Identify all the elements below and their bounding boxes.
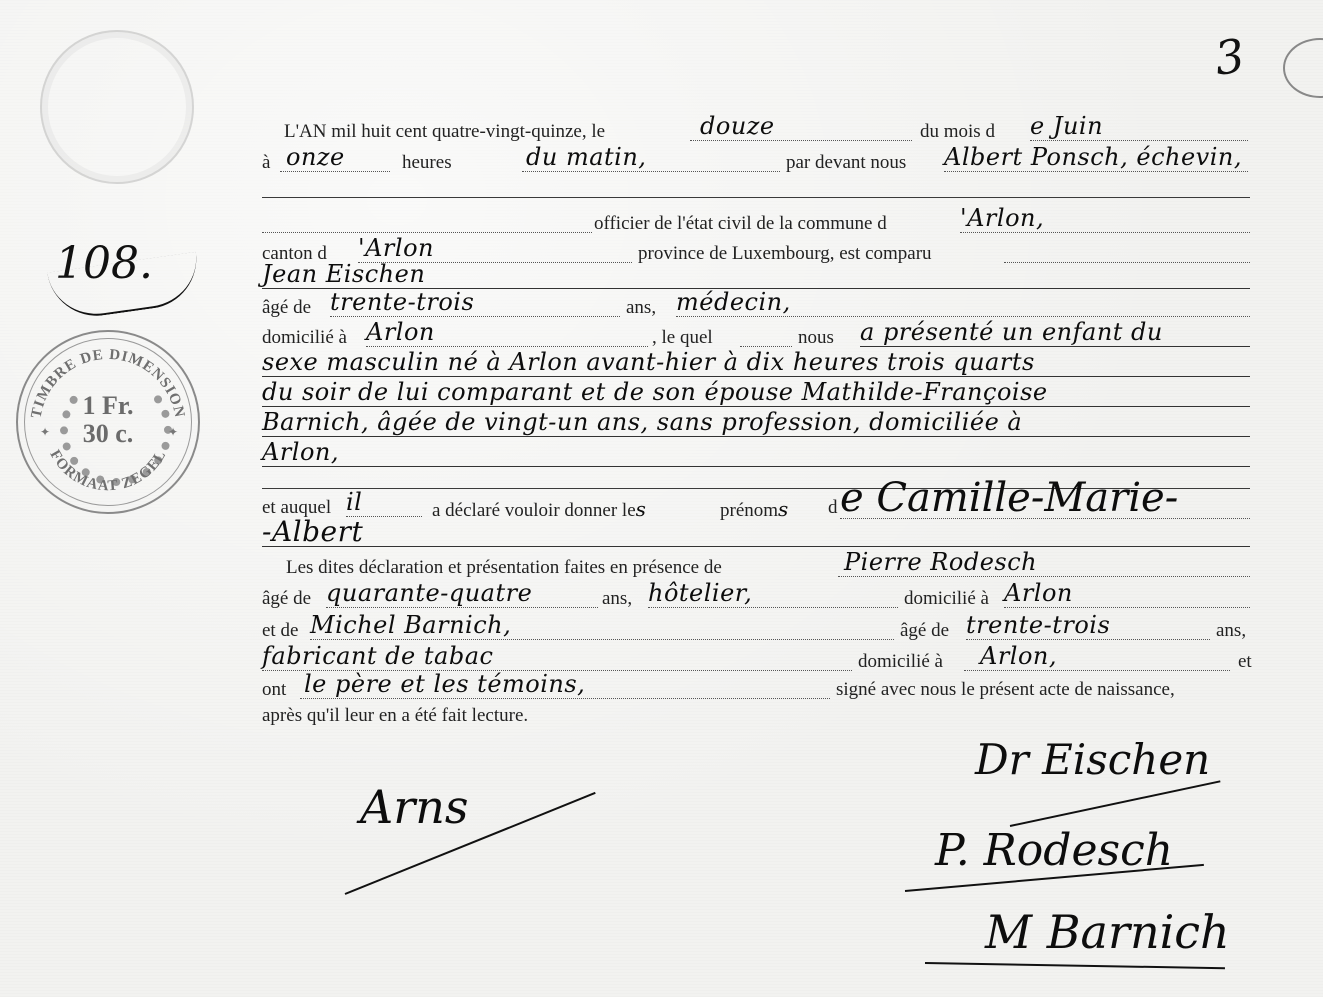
witness1-profession-value: hôtelier,: [648, 579, 752, 607]
declarant-domicile-value: Arlon: [366, 318, 435, 346]
signed-label: signé avec nous le présent acte de naiss…: [836, 679, 1175, 701]
presence-label: Les dites déclaration et présentation fa…: [286, 557, 722, 579]
officer-value: Albert Ponsch, échevin,: [944, 143, 1242, 171]
signature-officer: Arns: [360, 780, 468, 834]
birth-details-text-2: du soir de lui comparant et de son épous…: [262, 378, 1048, 406]
witness1-age-value: quarante-quatre: [326, 579, 532, 607]
officer-extra-field: [262, 204, 592, 233]
given-names-cont-field: -Albert: [262, 518, 1250, 547]
declarant-value: Jean Eischen: [262, 260, 425, 288]
birth-details-text-1: sexe masculin né à Arlon avant-hier à di…: [262, 348, 1035, 376]
presentation-value: a présenté un enfant du: [860, 318, 1163, 346]
pronoun-value: il: [346, 488, 362, 516]
given-names-cont-value: -Albert: [262, 515, 363, 548]
witness2-profession-value: fabricant de tabac: [262, 642, 493, 670]
declarant-age-value: trente-trois: [330, 288, 474, 316]
commune-value: 'Arlon,: [960, 204, 1044, 232]
signature-declarant: Dr Eischen: [975, 735, 1210, 784]
officer-role-label: officier de l'état civil de la commune d: [594, 213, 887, 235]
witness2-value: Michel Barnich,: [310, 611, 511, 639]
lequel-label: , le quel: [652, 327, 713, 349]
birth-details-line-3: Barnich, âgée de vingt-un ans, sans prof…: [262, 408, 1250, 437]
time-of-day-value: du matin,: [526, 143, 646, 171]
day-value: douze: [700, 112, 775, 140]
stamp-bottom-text: FORMAAT ZEGEL: [46, 447, 169, 494]
witness1-value: Pierre Rodesch: [844, 548, 1037, 576]
hours-label: heures: [402, 152, 452, 174]
day-field: douze: [690, 112, 912, 141]
witness1-domicile-label: domicilié à: [904, 588, 989, 610]
birth-details-text-4: Arlon,: [262, 438, 339, 466]
declarant-domicile-label: domicilié à: [262, 327, 347, 349]
witness1-profession-field: hôtelier,: [648, 579, 898, 608]
given-names-field: e Camille-Marie-: [840, 478, 1250, 519]
birth-details-text-3: Barnich, âgée de vingt-un ans, sans prof…: [262, 408, 1022, 436]
signers-field: le père et les témoins,: [300, 670, 830, 699]
month-field: e Juin: [1030, 112, 1248, 141]
witness2-domicile-label: domicilié à: [858, 651, 943, 673]
signature-witness2: M Barnich: [985, 905, 1230, 959]
lecture-label: après qu'il leur en a été fait lecture.: [262, 705, 528, 727]
stamp-value-francs: 1 Fr.: [18, 392, 198, 420]
witness2-years-label: ans,: [1216, 620, 1246, 642]
birth-details-line-4: Arlon,: [262, 438, 1250, 467]
witness1-age-label: âgé de: [262, 588, 311, 610]
given-names-value: e Camille-Marie-: [840, 475, 1178, 521]
declarant-field: Jean Eischen: [262, 260, 1250, 289]
declarant-age-label: âgé de: [262, 297, 311, 319]
tax-stamp: TIMBRE DE DIMENSION FORMAAT ZEGEL ✦ ✦ 1 …: [16, 330, 200, 514]
witness2-domicile-value: Arlon,: [980, 642, 1057, 670]
signers-value: le père et les témoins,: [304, 670, 585, 698]
a-label: à: [262, 152, 270, 174]
svg-text:FORMAAT ZEGEL: FORMAAT ZEGEL: [46, 447, 169, 494]
officer-field: Albert Ponsch, échevin,: [944, 143, 1248, 172]
before-label: par devant nous: [786, 152, 906, 174]
declarant-domicile-field: Arlon: [366, 318, 648, 347]
declarant-profession-value: médecin,: [676, 288, 791, 316]
canton-field: 'Arlon: [358, 234, 632, 263]
hour-field: onze: [280, 143, 390, 172]
lequel-field: [740, 318, 792, 347]
witness1-domicile-value: Arlon: [1004, 579, 1073, 607]
nous-label: nous: [798, 327, 834, 349]
birth-details-line-2: du soir de lui comparant et de son épous…: [262, 378, 1250, 407]
pronoun-field: il: [346, 488, 422, 517]
witness2-domicile-field: Arlon,: [964, 642, 1230, 671]
month-label: du mois d: [920, 121, 995, 143]
witness1-years-label: ans,: [602, 588, 632, 610]
embossed-seal: [40, 30, 194, 184]
commune-field: 'Arlon,: [960, 204, 1250, 233]
birth-details-line-1: sexe masculin né à Arlon avant-hier à di…: [262, 348, 1250, 377]
witness2-age-value: trente-trois: [966, 611, 1110, 639]
et-de-label: et de: [262, 620, 298, 642]
declarant-years-label: ans,: [626, 297, 656, 319]
witness1-field: Pierre Rodesch: [838, 548, 1250, 577]
witness2-profession-field: fabricant de tabac: [262, 642, 852, 671]
witness2-age-label: âgé de: [900, 620, 949, 642]
presentation-field: a présenté un enfant du: [860, 318, 1250, 347]
ont-label: ont: [262, 679, 286, 701]
line1-prefix: L'AN mil huit cent quatre-vingt-quinze, …: [284, 121, 605, 143]
hour-value: onze: [286, 143, 345, 171]
declarant-profession-field: médecin,: [676, 288, 1250, 317]
stamp-value: 1 Fr. 30 c.: [18, 392, 198, 448]
witness1-age-field: quarante-quatre: [326, 579, 598, 608]
declarant-age-field: trente-trois: [330, 288, 620, 317]
month-value: e Juin: [1030, 112, 1103, 140]
witness2-age-field: trente-trois: [966, 611, 1210, 640]
time-of-day-field: du matin,: [522, 143, 780, 172]
witness1-domicile-field: Arlon: [1004, 579, 1250, 608]
signature-witness1: P. Rodesch: [935, 825, 1173, 876]
et-label: et: [1238, 651, 1252, 673]
witness2-field: Michel Barnich,: [310, 611, 894, 640]
comparu-field: [1004, 234, 1250, 263]
de-label: d: [828, 497, 838, 519]
canton-value: 'Arlon: [358, 234, 434, 262]
blank-rule: [262, 197, 1250, 198]
stamp-value-centimes: 30 c.: [18, 420, 198, 448]
